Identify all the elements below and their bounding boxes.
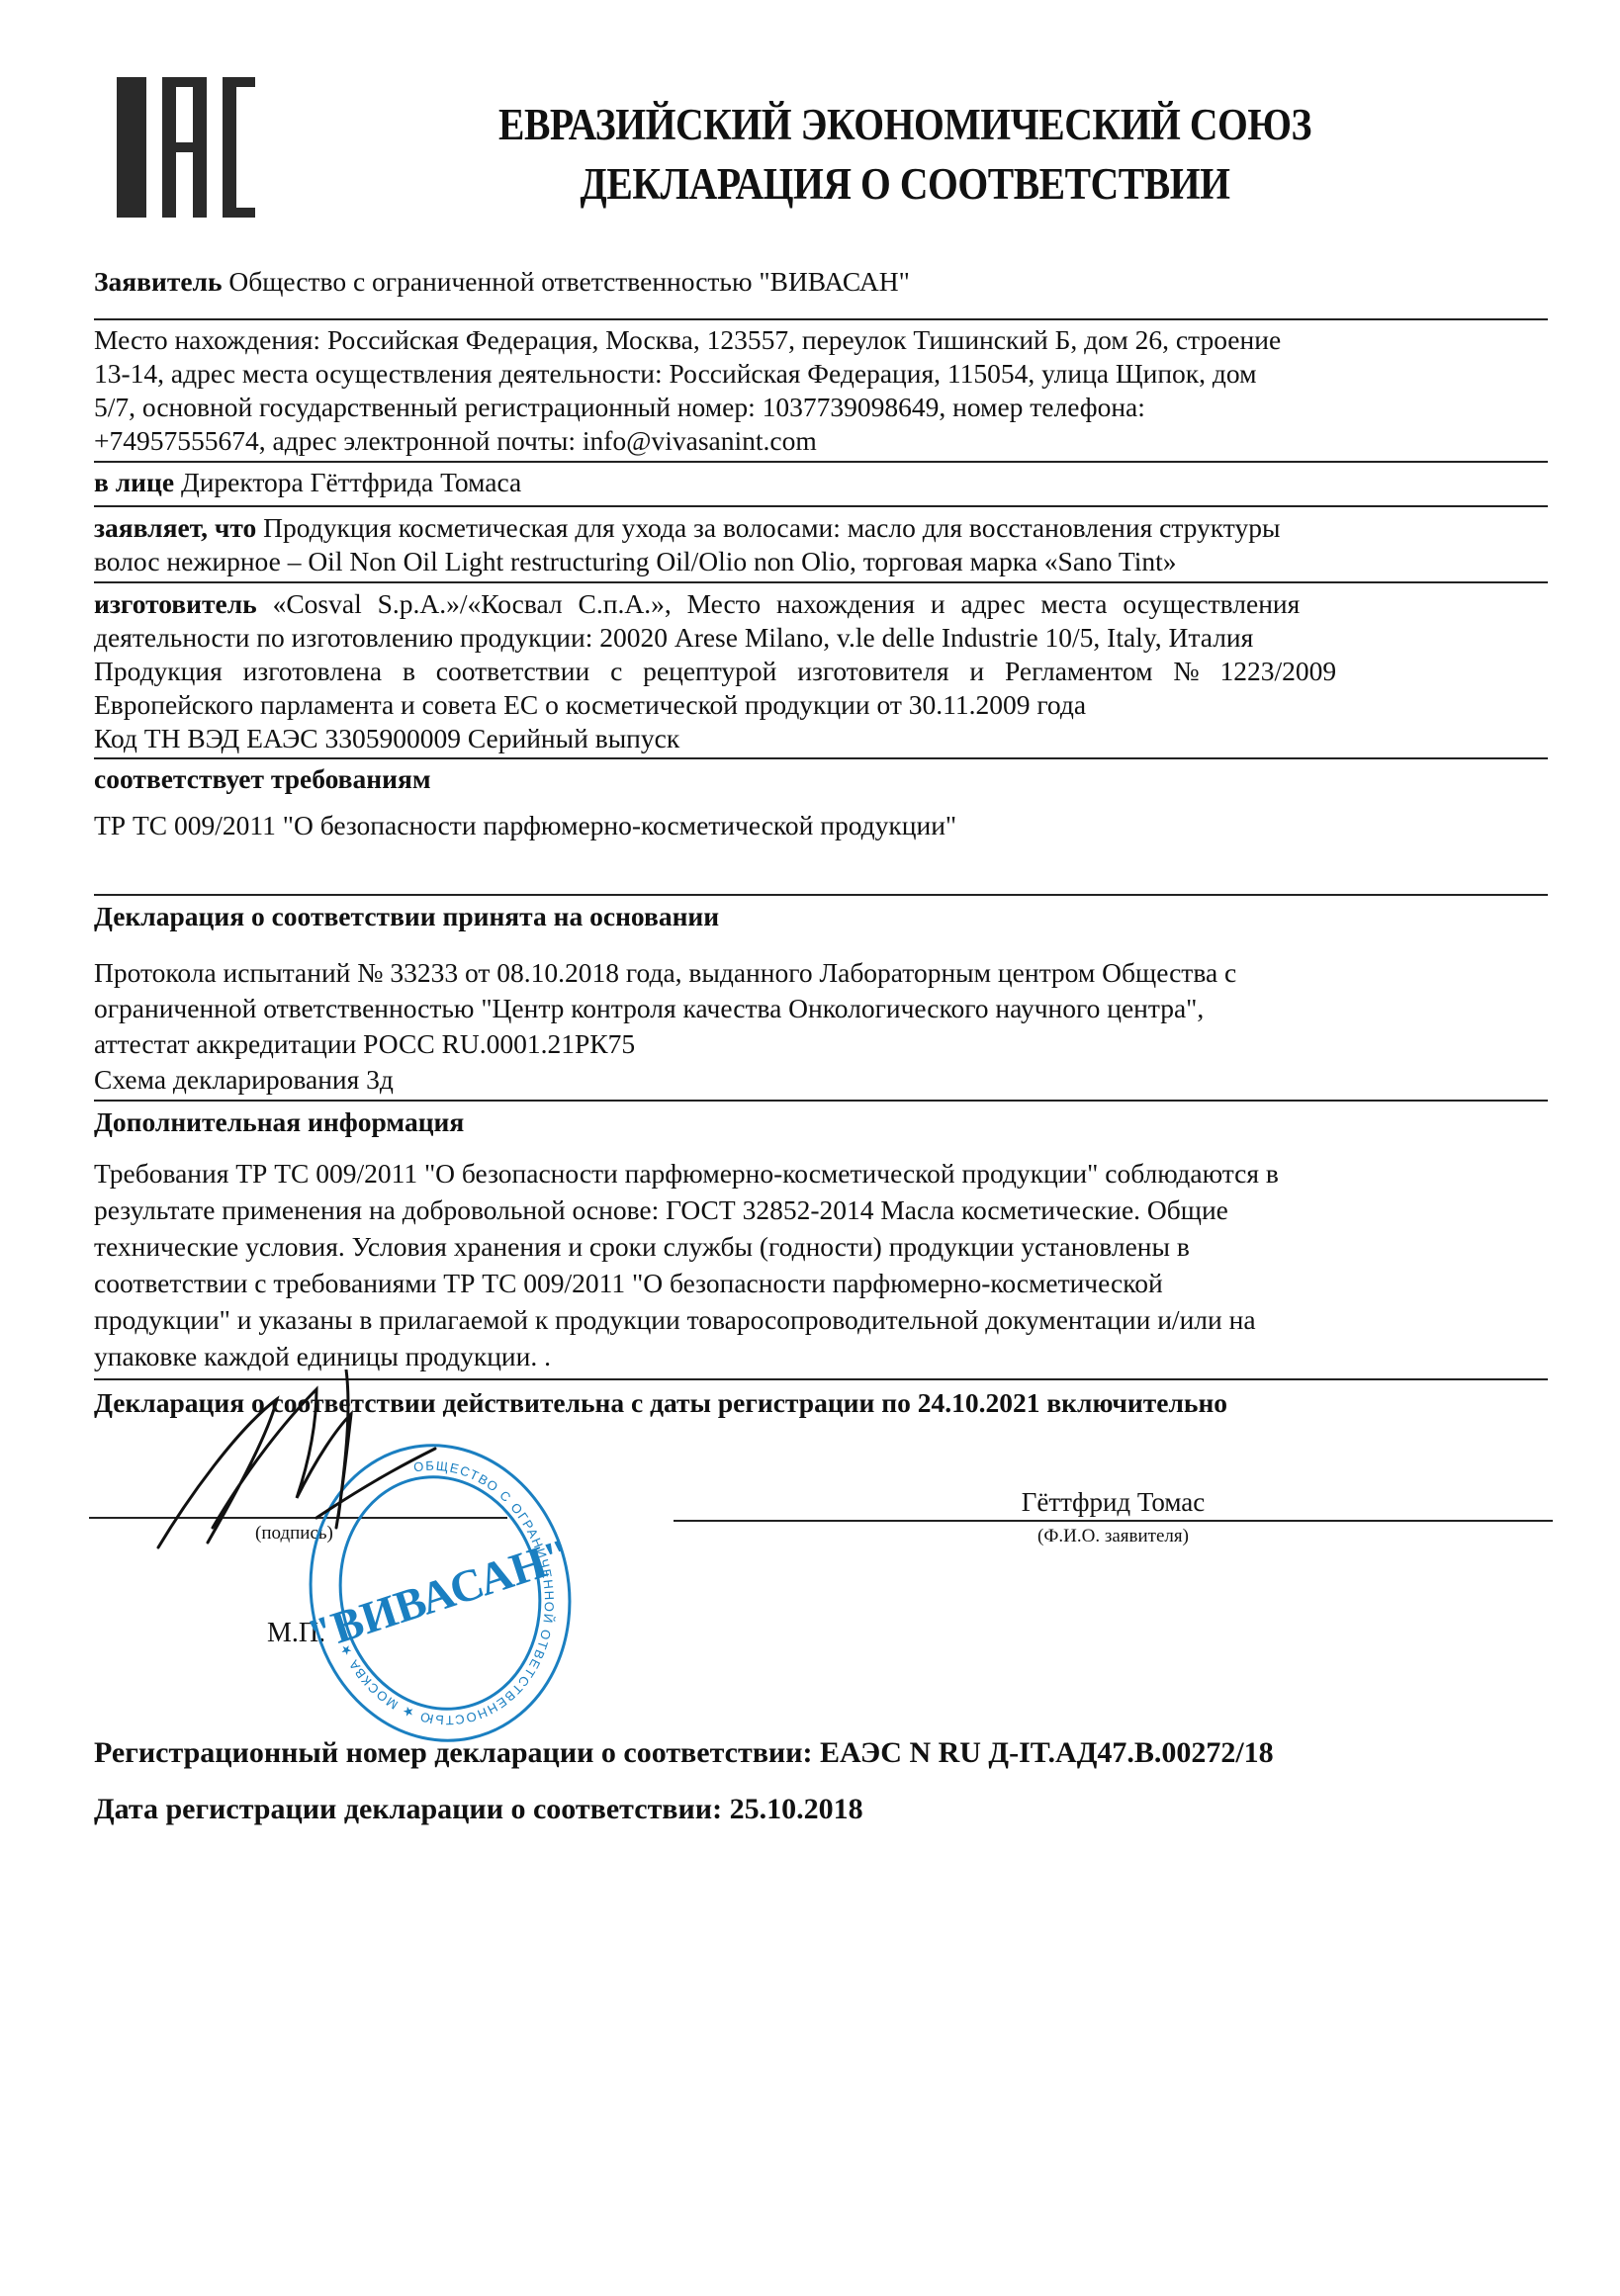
conformity-value: ТР ТС 009/2011 "О безопасности парфюмерн… <box>94 809 1548 842</box>
additional-line-2: результате применения на добровольной ос… <box>94 1193 1548 1227</box>
additional-line-4: соответствии с требованиями ТР ТС 009/20… <box>94 1267 1548 1300</box>
title-line-1: ЕВРАЗИЙСКИЙ ЭКОНОМИЧЕСКИЙ СОЮЗ <box>457 95 1353 154</box>
registration-number-label: Регистрационный номер декларации о соотв… <box>94 1736 820 1769</box>
divider <box>94 318 1548 320</box>
declares-line-2: волос нежирное – Oil Non Oil Light restr… <box>94 545 1548 578</box>
represented-value: Директора Гёттфрида Томаса <box>174 467 521 497</box>
name-caption: (Ф.И.О. заявителя) <box>674 1526 1553 1547</box>
declares-line-1: заявляет, что Продукция косметическая дл… <box>94 511 1548 545</box>
registration-number: ЕАЭС N RU Д-IT.АД47.В.00272/18 <box>820 1736 1274 1769</box>
handwritten-signature-icon <box>119 1369 495 1557</box>
eac-logo-icon <box>117 77 255 218</box>
represented-label: в лице <box>94 467 174 497</box>
declaration-page: ЕВРАЗИЙСКИЙ ЭКОНОМИЧЕСКИЙ СОЮЗ ДЕКЛАРАЦИ… <box>0 0 1620 2296</box>
address-line-2: 13-14, адрес места осуществления деятель… <box>94 357 1548 391</box>
basis-line-3: аттестат аккредитации РОСС RU.0001.21РК7… <box>94 1027 1548 1061</box>
additional-line-6: упаковке каждой единицы продукции. . <box>94 1340 1548 1373</box>
additional-line-1: Требования ТР ТС 009/2011 "О безопасност… <box>94 1157 1548 1191</box>
address-line-1: Место нахождения: Российская Федерация, … <box>94 323 1548 357</box>
basis-label: Декларация о соответствии принята на осн… <box>94 900 1548 933</box>
registration-number-line: Регистрационный номер декларации о соотв… <box>94 1736 1274 1770</box>
manufacturer-line-5: Код ТН ВЭД ЕАЭС 3305900009 Серийный выпу… <box>94 722 1548 755</box>
divider <box>94 581 1548 583</box>
title-line-2: ДЕКЛАРАЦИЯ О СООТВЕТСТВИИ <box>457 154 1353 214</box>
manufacturer-line-1: изготовитель «Cosval S.p.A.»/«Косвал С.п… <box>94 587 1548 621</box>
additional-label: Дополнительная информация <box>94 1105 1548 1139</box>
conformity-label: соответствует требованиям <box>94 762 1548 796</box>
address-line-3: 5/7, основной государственный регистраци… <box>94 391 1548 424</box>
additional-line-3: технические условия. Условия хранения и … <box>94 1230 1548 1264</box>
manufacturer-label: изготовитель <box>94 588 257 619</box>
represented-line: в лице Директора Гёттфрида Томаса <box>94 466 1548 499</box>
manufacturer-line-3: Продукция изготовлена в соответствии с р… <box>94 655 1548 688</box>
manufacturer-line-2: деятельности по изготовлению продукции: … <box>94 621 1548 655</box>
name-line <box>674 1520 1553 1522</box>
declares-label: заявляет, что <box>94 512 256 543</box>
applicant-value: Общество с ограниченной ответственностью… <box>223 266 910 297</box>
declares-line-1-text: Продукция косметическая для ухода за вол… <box>256 512 1280 543</box>
document-title: ЕВРАЗИЙСКИЙ ЭКОНОМИЧЕСКИЙ СОЮЗ ДЕКЛАРАЦИ… <box>457 95 1353 214</box>
registration-date-label: Дата регистрации декларации о соответств… <box>94 1793 730 1825</box>
applicant-line: Заявитель Общество с ограниченной ответс… <box>94 265 1548 299</box>
applicant-name: Гёттфрид Томас <box>674 1485 1553 1519</box>
address-line-4: +74957555674, адрес электронной почты: i… <box>94 424 1548 458</box>
basis-line-1: Протокола испытаний № 33233 от 08.10.201… <box>94 956 1548 990</box>
manufacturer-line-4: Европейского парламента и совета ЕС о ко… <box>94 688 1548 722</box>
registration-date-line: Дата регистрации декларации о соответств… <box>94 1793 863 1826</box>
registration-date: 25.10.2018 <box>730 1793 863 1825</box>
basis-line-2: ограниченной ответственностью "Центр кон… <box>94 992 1548 1025</box>
additional-line-5: продукции" и указаны в прилагаемой к про… <box>94 1303 1548 1337</box>
basis-line-4: Схема декларирования 3д <box>94 1063 1548 1097</box>
applicant-label: Заявитель <box>94 266 223 297</box>
divider <box>94 757 1548 759</box>
divider <box>94 1100 1548 1102</box>
divider <box>94 461 1548 463</box>
divider <box>94 505 1548 507</box>
manufacturer-line-1-text: «Cosval S.p.A.»/«Косвал С.п.А.», Место н… <box>257 588 1301 619</box>
divider <box>94 894 1548 896</box>
